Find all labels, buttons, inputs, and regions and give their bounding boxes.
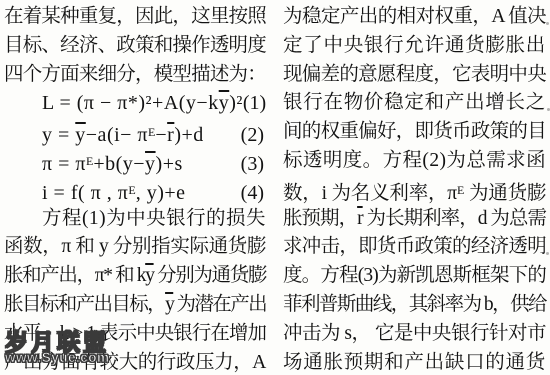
text-line-content: 标透明度。方程(2)为总需求函 bbox=[283, 147, 546, 176]
text-line-content: 现偏差的意愿程度，它表明中央 bbox=[283, 61, 546, 90]
text-run: 银行在物价稳定和产出增长之 bbox=[283, 92, 546, 113]
text-run: 在着某种重复，因此，这里按照 bbox=[4, 6, 266, 27]
equation-body: i = f( π , πE, y)+e bbox=[42, 176, 186, 208]
text-run: 数，i 为名义利率，π bbox=[283, 183, 457, 204]
text-line-content: 银行在物价稳定和产出增长之 bbox=[283, 89, 546, 118]
text-run: )+d bbox=[174, 124, 203, 146]
text-line: 水平，k > 1 表示中央银行在增加 bbox=[4, 320, 266, 349]
equation-line: L = (π − π*)²+A(y−ky)²(1) bbox=[4, 89, 266, 118]
text-line-content: 度。方程(3)为新凯恩斯框架下的 bbox=[283, 262, 546, 291]
text-run: 现偏差的意愿程度，它表明中央 bbox=[283, 64, 546, 85]
overbar-variable: y bbox=[145, 153, 156, 175]
text-run: 度。方程(3)为新凯恩斯框架下的 bbox=[283, 265, 546, 286]
text-line: 胀目标和产出目标，y 为潜在产出 bbox=[4, 291, 266, 320]
text-run: 求冲击，即货币政策的经济透明 bbox=[283, 236, 546, 257]
text-line-content: 水平，k > 1 表示中央银行在增加 bbox=[4, 320, 266, 349]
overbar-variable: y bbox=[165, 294, 173, 315]
overbar-variable: y bbox=[145, 265, 153, 286]
text-run: 四个方面来细分，模型描述为： bbox=[4, 64, 266, 85]
text-run: 胀预期， bbox=[283, 208, 357, 229]
text-line: 目标、经济、政策和操作透明度 bbox=[4, 32, 266, 61]
superscript: E bbox=[128, 183, 135, 197]
text-line: 数，i 为名义利率，πE 为通货膨 bbox=[283, 176, 546, 205]
right-column: 为稳定产出的相对权重，A 值决定了中央银行允许通货膨胀出现偏差的意愿程度，它表明… bbox=[283, 3, 546, 375]
text-line: 胀预期，r 为长期利率，d 为总需 bbox=[283, 205, 546, 234]
text-run: y = bbox=[42, 124, 75, 146]
text-line-content: 场通胀预期和产出缺口的通货 bbox=[283, 349, 546, 375]
text-run: 为长期利率，d 为总需 bbox=[363, 208, 546, 229]
text-line: 定了中央银行允许通货膨胀出 bbox=[283, 32, 546, 61]
text-line-content: 在着某种重复，因此，这里按照 bbox=[4, 3, 266, 32]
text-run: 间的权重偏好，即货币政策的目 bbox=[283, 121, 546, 142]
text-line-content: 定了中央银行允许通货膨胀出 bbox=[283, 32, 546, 61]
text-line: 在着某种重复，因此，这里按照 bbox=[4, 3, 266, 32]
text-run: +b(y− bbox=[93, 153, 145, 175]
text-run: L = (π − π*)²+A(y−k bbox=[42, 92, 219, 114]
text-line-content: 方程(1)为中央银行的损失 bbox=[42, 205, 266, 234]
text-line-content: 胀和产出，π* 和 ky 分别为通货膨 bbox=[4, 262, 266, 291]
text-line-content: 产出方面有较大的行政压力，A bbox=[4, 349, 266, 375]
text-line: 为稳定产出的相对权重，A 值决 bbox=[283, 3, 546, 32]
text-run: 水平，k > 1 表示中央银行在增加 bbox=[4, 323, 266, 344]
equation-line: y = y−a(i− πE−r)+d(2) bbox=[4, 118, 266, 147]
text-line-content: 函数，π 和 y 分别指实际通货膨 bbox=[4, 233, 266, 262]
text-line-content: 为稳定产出的相对权重，A 值决 bbox=[283, 3, 546, 32]
text-run: )² bbox=[229, 92, 243, 114]
text-line: 间的权重偏好，即货币政策的目 bbox=[283, 118, 546, 147]
text-line-content: 胀预期，r 为长期利率，d 为总需 bbox=[283, 205, 546, 234]
scan-speck bbox=[546, 252, 549, 255]
text-run: 标透明度。方程(2)为总需求函 bbox=[283, 150, 546, 171]
text-run: −a(i− π bbox=[86, 124, 148, 146]
text-run: 场通胀预期和产出缺口的通货 bbox=[283, 352, 546, 373]
text-run: − bbox=[155, 124, 167, 146]
text-line: 求冲击，即货币政策的经济透明 bbox=[283, 233, 546, 262]
text-line: 冲击为 s， 它是中央银行针对市 bbox=[283, 320, 546, 349]
text-run: 为通货膨 bbox=[464, 183, 546, 204]
equation-line: i = f( π , πE, y)+e(4) bbox=[4, 176, 266, 205]
equation-number: (1) bbox=[243, 89, 268, 118]
text-run: )+s bbox=[156, 153, 183, 175]
text-run: i = f( π , π bbox=[42, 182, 128, 204]
text-run: 目标、经济、政策和操作透明度 bbox=[4, 35, 266, 56]
text-run: 冲击为 s， 它是中央银行针对市 bbox=[283, 323, 546, 344]
text-run: 方程(1)为中央银行的损失 bbox=[42, 208, 266, 229]
text-run: 胀和产出，π* 和 k bbox=[4, 265, 145, 286]
paper-page: 在着某种重复，因此，这里按照目标、经济、政策和操作透明度四个方面来细分，模型描述… bbox=[0, 0, 550, 375]
equation-body: y = y−a(i− πE−r)+d bbox=[42, 118, 204, 150]
text-run: 分别为通货膨 bbox=[154, 265, 266, 286]
equation-body: L = (π − π*)²+A(y−ky)² bbox=[42, 89, 243, 118]
text-line: 函数，π 和 y 分别指实际通货膨 bbox=[4, 233, 266, 262]
scan-speck bbox=[546, 22, 549, 25]
text-run: 菲利普斯曲线，其斜率为 b，供给 bbox=[283, 294, 546, 315]
text-run: 定了中央银行允许通货膨胀出 bbox=[283, 35, 546, 56]
text-line: 四个方面来细分，模型描述为： bbox=[4, 61, 266, 90]
text-line: 度。方程(3)为新凯恩斯框架下的 bbox=[283, 262, 546, 291]
equation-body: π = πE+b(y−y)+s bbox=[42, 147, 183, 179]
text-run: 为潜在产出 bbox=[173, 294, 266, 315]
left-column: 在着某种重复，因此，这里按照目标、经济、政策和操作透明度四个方面来细分，模型描述… bbox=[4, 3, 266, 375]
text-line: 产出方面有较大的行政压力，A bbox=[4, 349, 266, 375]
text-line: 标透明度。方程(2)为总需求函 bbox=[283, 147, 546, 176]
text-line-content: 目标、经济、政策和操作透明度 bbox=[4, 32, 266, 61]
text-line: 场通胀预期和产出缺口的通货 bbox=[283, 349, 546, 375]
text-run: π = π bbox=[42, 153, 86, 175]
text-run: 产出方面有较大的行政压力，A bbox=[4, 352, 266, 373]
text-line-content: 菲利普斯曲线，其斜率为 b，供给 bbox=[283, 291, 546, 320]
text-line: 菲利普斯曲线，其斜率为 b，供给 bbox=[283, 291, 546, 320]
text-line-content: 四个方面来细分，模型描述为： bbox=[4, 61, 266, 90]
text-line: 现偏差的意愿程度，它表明中央 bbox=[283, 61, 546, 90]
text-line-content: 求冲击，即货币政策的经济透明 bbox=[283, 233, 546, 262]
equation-line: π = πE+b(y−y)+s(3) bbox=[4, 147, 266, 176]
text-line-content: 胀目标和产出目标，y 为潜在产出 bbox=[4, 291, 266, 320]
text-run: 胀目标和产出目标， bbox=[4, 294, 165, 315]
equation-number: (3) bbox=[241, 150, 266, 179]
text-line-content: 间的权重偏好，即货币政策的目 bbox=[283, 118, 546, 147]
text-line-content: 冲击为 s， 它是中央银行针对市 bbox=[283, 320, 546, 349]
text-run: 函数，π 和 y 分别指实际通货膨 bbox=[4, 236, 266, 257]
overbar-variable: y bbox=[219, 92, 230, 114]
text-run: , y)+e bbox=[136, 182, 186, 204]
overbar-variable: y bbox=[75, 124, 86, 146]
text-line: 银行在物价稳定和产出增长之 bbox=[283, 89, 546, 118]
text-run: 为稳定产出的相对权重，A 值决 bbox=[283, 6, 546, 27]
equation-number: (2) bbox=[241, 121, 266, 150]
text-line: 胀和产出，π* 和 ky 分别为通货膨 bbox=[4, 262, 266, 291]
text-line: 方程(1)为中央银行的损失 bbox=[4, 205, 266, 234]
equation-number: (4) bbox=[241, 179, 266, 208]
